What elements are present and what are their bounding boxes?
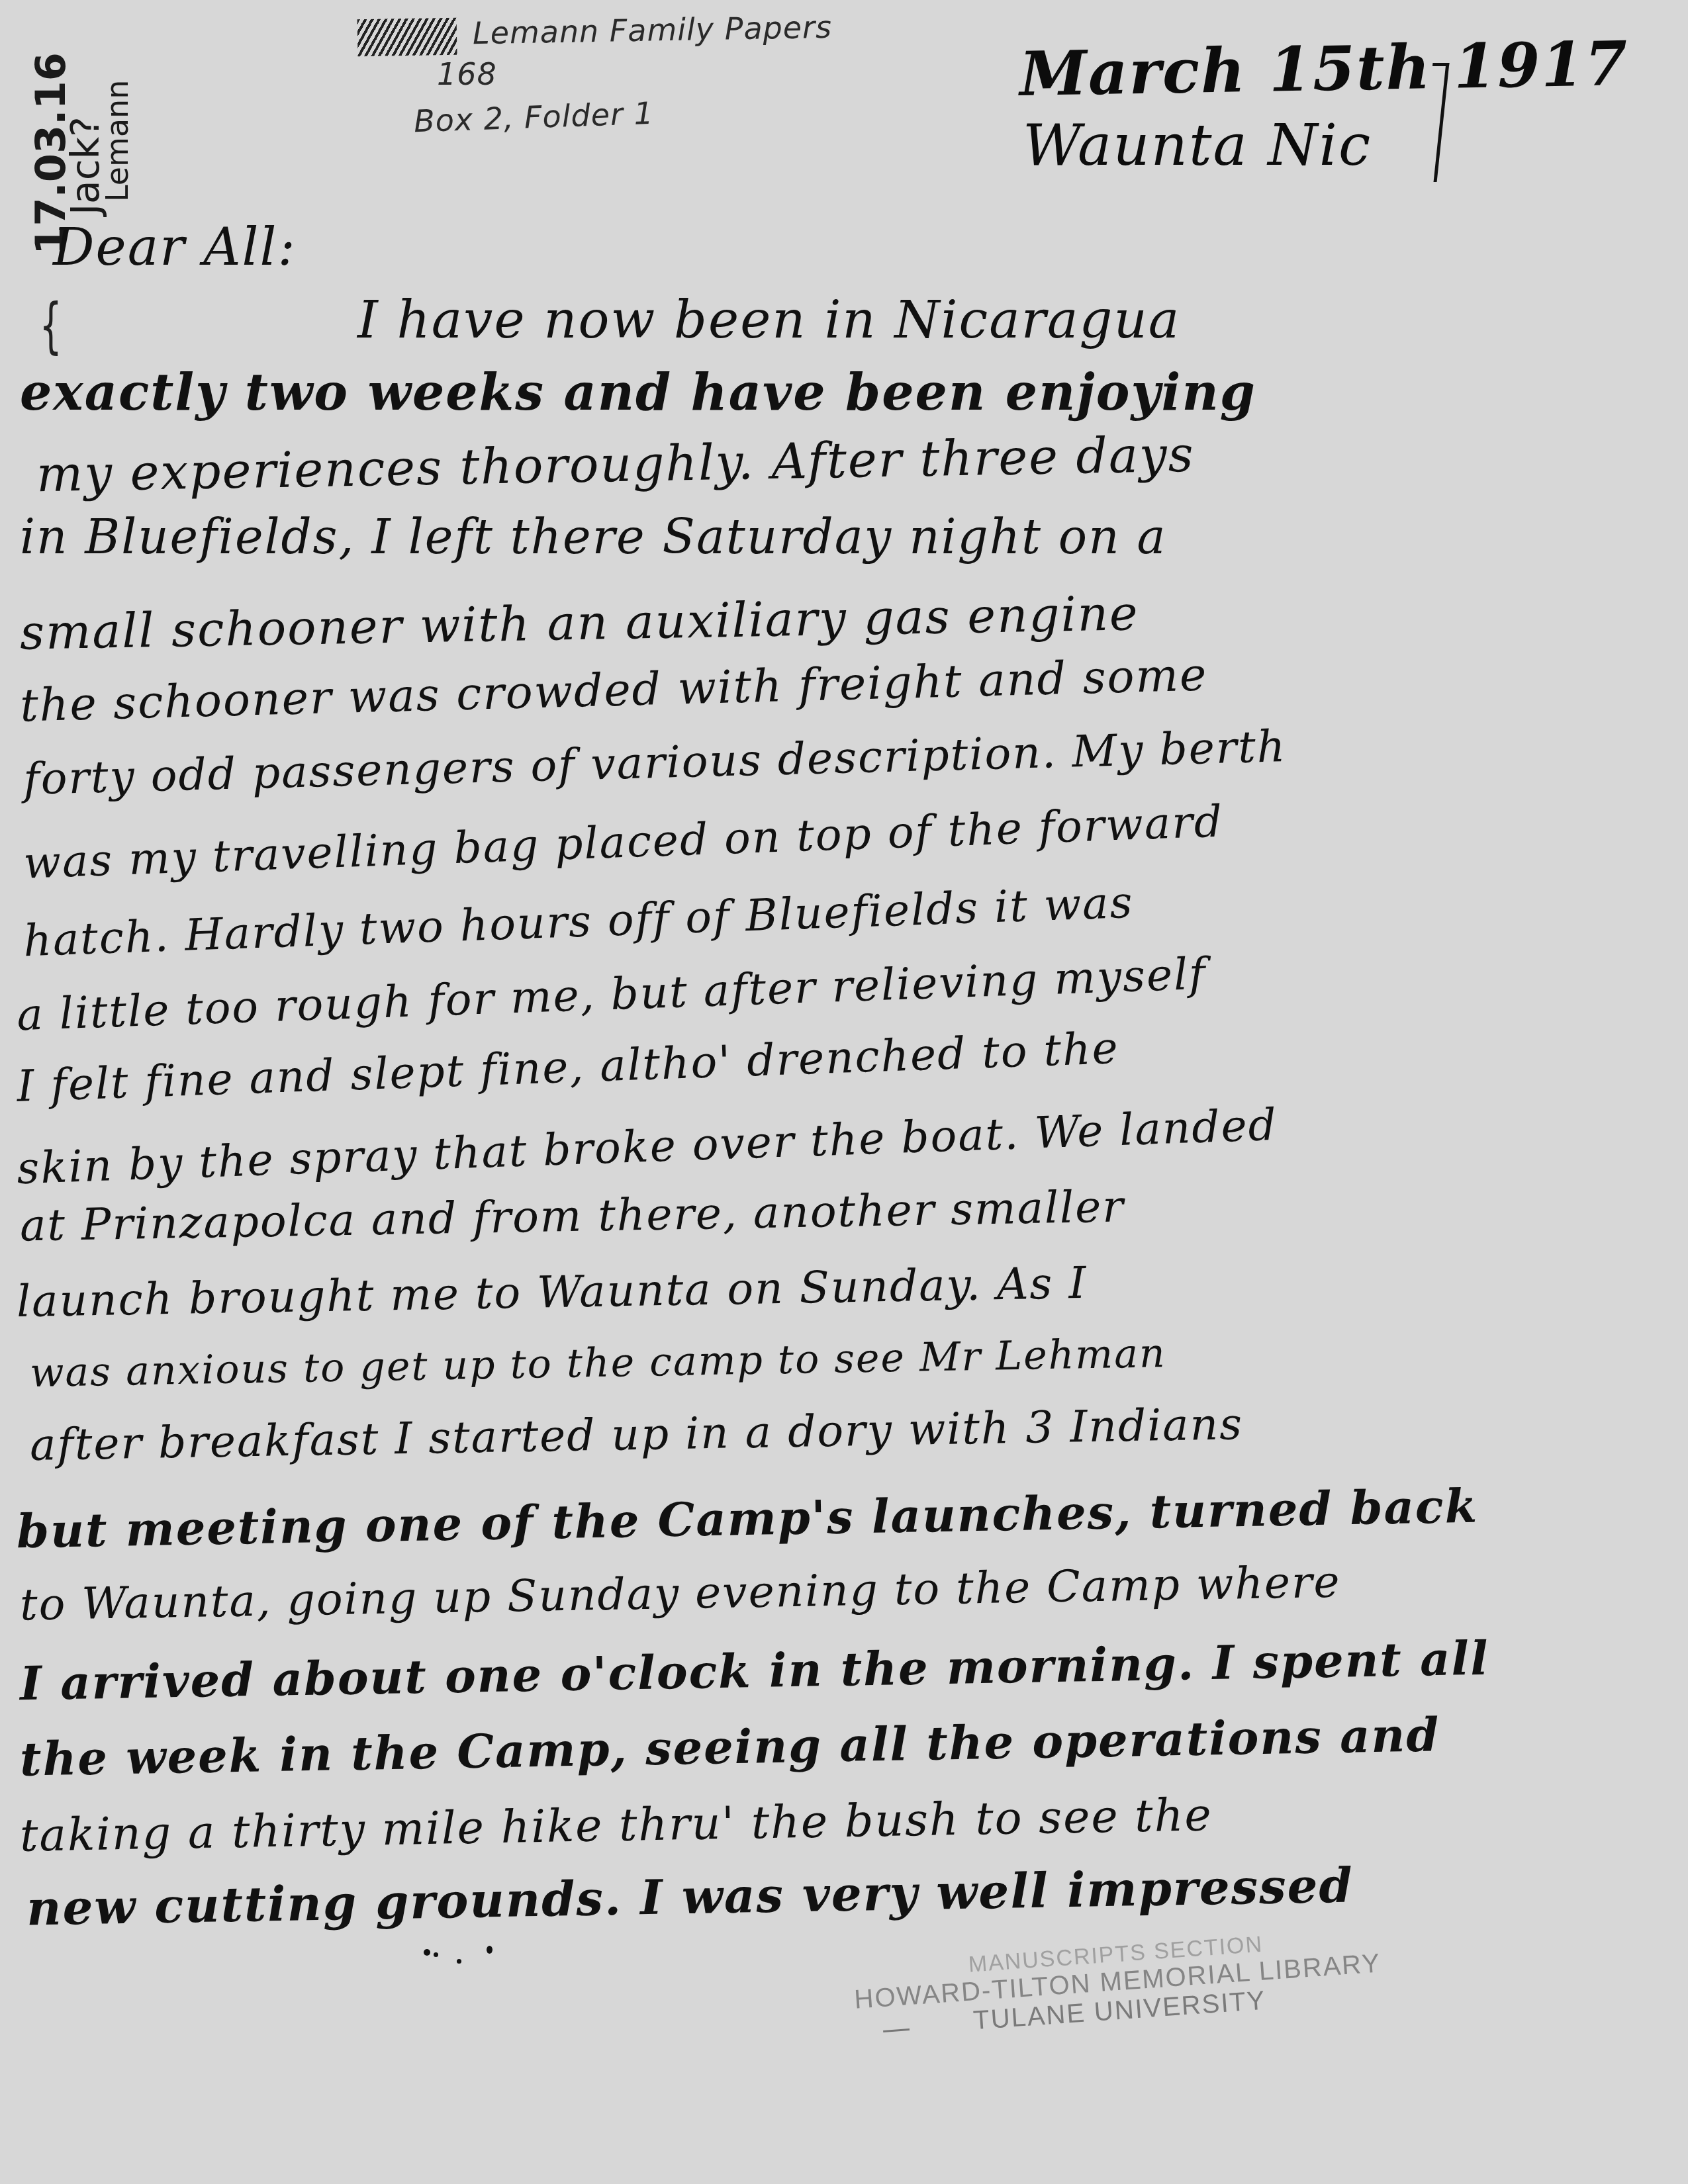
letter-line-13: at Prinzapolca and from there, another s… — [20, 1185, 1125, 1248]
letter-line-16: after breakfast I started up in a dory w… — [30, 1402, 1244, 1467]
letter-line-20: the week in the Camp, seeing all the ope… — [20, 1711, 1440, 1782]
collection-name: Lemann Family Papers — [473, 9, 833, 51]
salutation: Dear All: — [53, 222, 297, 273]
margin-brace-mark: { — [39, 291, 62, 361]
letter-line-7: forty odd passengers of various descript… — [23, 725, 1287, 801]
letter-line-22: new cutting grounds. I was very well imp… — [26, 1862, 1354, 1933]
archive-number: 168 — [437, 56, 497, 92]
letter-line-4: in Bluefields, I left there Saturday nig… — [20, 513, 1166, 561]
letter-place: Waunta Nic — [1023, 113, 1372, 179]
archive-location: Box 2, Folder 1 — [413, 95, 654, 140]
letter-date: March 15th 1917 — [1019, 28, 1629, 110]
letter-line-2: exactly two weeks and have been enjoying — [20, 367, 1256, 418]
letter-line-6: the schooner was crowded with freight an… — [19, 653, 1208, 729]
margin-name-line2: Lemann — [99, 80, 135, 202]
ink-blot — [434, 1952, 438, 1957]
ink-blot — [487, 1946, 492, 1954]
letter-line-19: I arrived about one o'clock in the morni… — [20, 1635, 1490, 1707]
letter-line-21: taking a thirty mile hike thru' the bush… — [20, 1793, 1213, 1858]
ink-blot — [457, 1959, 461, 1964]
letter-page: PetsLemann Family Papers 168 Box 2, Fold… — [0, 0, 1688, 2184]
archive-header-line1: PetsLemann Family Papers — [357, 9, 833, 56]
letter-line-12: skin by the spray that broke over the bo… — [16, 1103, 1278, 1191]
letter-line-8: was my travelling bag placed on top of t… — [23, 799, 1224, 885]
library-stamp: MANUSCRIPTS SECTION HOWARD-TILTON MEMORI… — [852, 1924, 1384, 2044]
letter-line-14: launch brought me to Waunta on Sunday. A… — [17, 1261, 1088, 1324]
letter-line-11: I felt fine and slept fine, altho' drenc… — [16, 1026, 1119, 1109]
letter-line-5: small schooner with an auxiliary gas eng… — [20, 589, 1140, 656]
letter-line-3: my experiences thoroughly. After three d… — [36, 430, 1195, 500]
letter-line-9: hatch. Hardly two hours off of Bluefield… — [23, 881, 1134, 964]
letter-line-15: was anxious to get up to the camp to see… — [30, 1334, 1166, 1393]
ink-blot — [424, 1949, 430, 1956]
struck-out-word: Pets — [357, 17, 457, 56]
letter-line-17: but meeting one of the Camp's launches, … — [17, 1483, 1479, 1555]
letter-line-10: a little too rough for me, but after rel… — [16, 952, 1207, 1038]
letter-line-18: to Waunta, going up Sunday evening to th… — [20, 1561, 1341, 1627]
letter-line-1: I have now been in Nicaragua — [357, 295, 1180, 346]
